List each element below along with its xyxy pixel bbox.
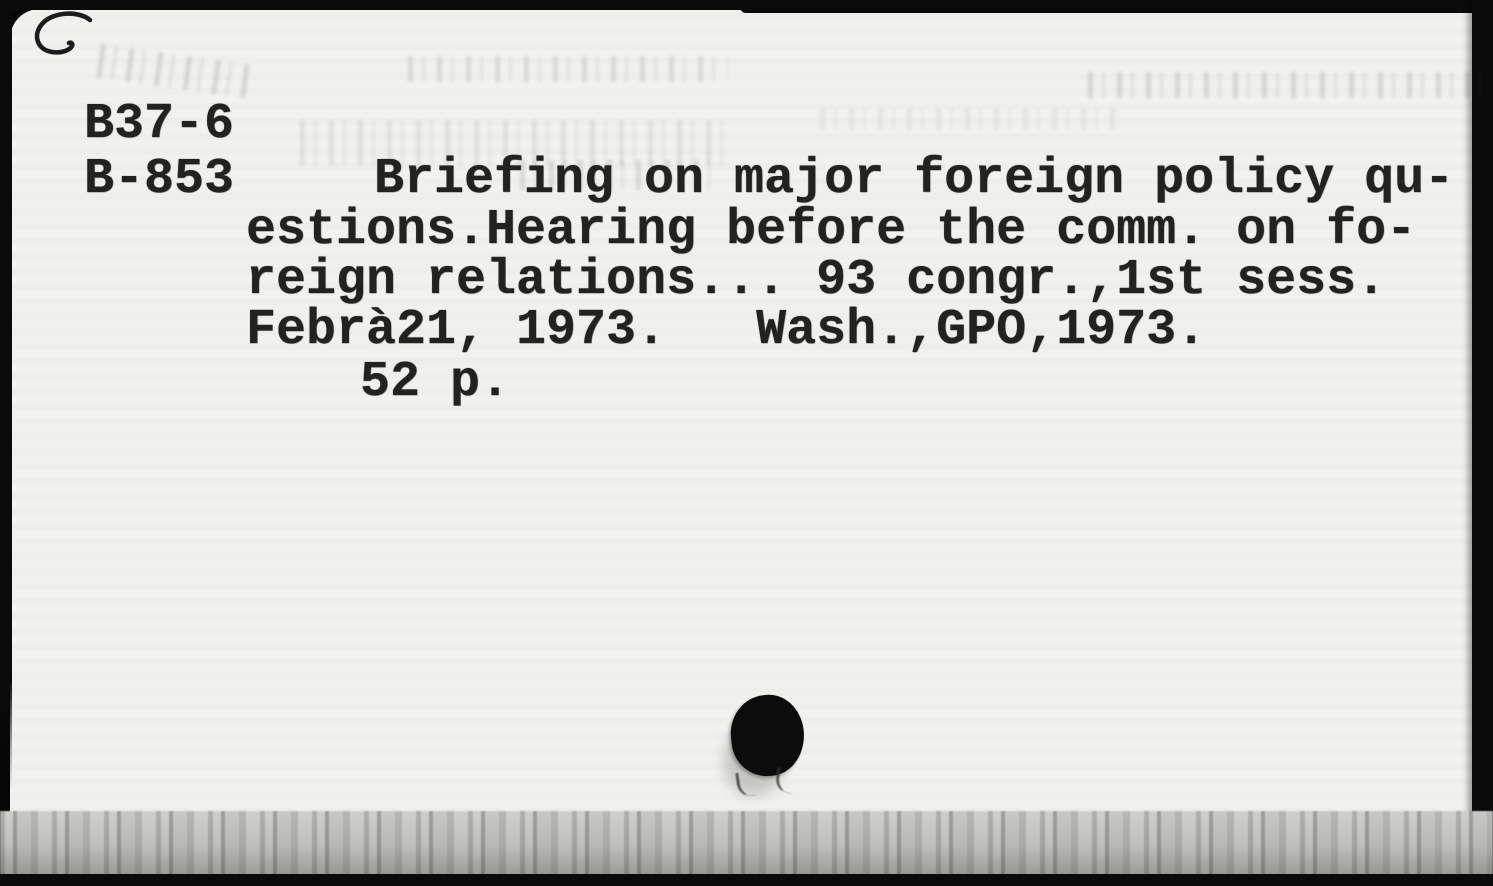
ghost-type-smudge <box>820 108 1120 130</box>
scanned-catalog-card-page: C B37-6 B-853 Briefing on major foreign … <box>0 0 1493 886</box>
scan-top-edge-thick <box>740 0 1493 13</box>
handwritten-corner-mark: C <box>26 6 96 68</box>
ghost-type-smudge <box>408 56 728 82</box>
ghost-type-smudge <box>1088 72 1488 98</box>
scan-noise-band <box>0 811 1493 875</box>
entry-collation-line: 52 p. <box>360 358 510 408</box>
entry-title-line-2: estions.Hearing before the comm. on fo- <box>246 206 1416 256</box>
scan-bottom-edge <box>0 874 1493 886</box>
handwritten-c-glyph <box>26 6 96 68</box>
call-number-line-2: B-853 <box>84 155 234 205</box>
entry-title-line-3: reign relations... 93 congr.,1st sess. <box>246 256 1386 306</box>
scan-left-edge <box>0 6 12 790</box>
entry-imprint-line: Febrà21, 1973. Wash.,GPO,1973. <box>246 306 1206 356</box>
entry-title-line-1: Briefing on major foreign policy qu- <box>374 155 1454 205</box>
call-number-line-1: B37-6 <box>84 100 234 150</box>
scan-right-edge <box>1472 0 1493 886</box>
